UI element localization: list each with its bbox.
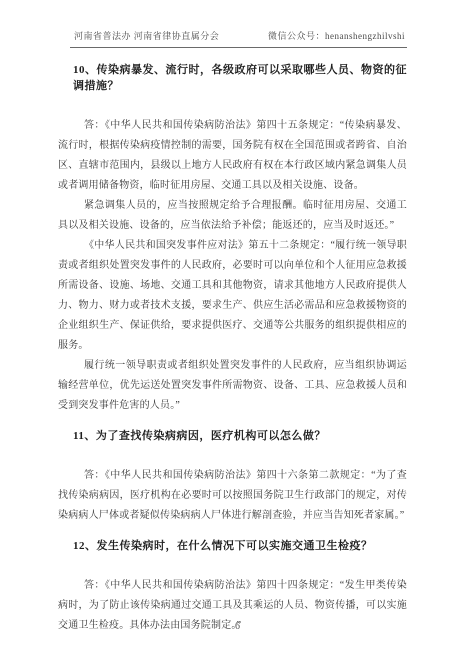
answer-paragraph: 答：《中华人民共和国传染病防治法》第四十六条第二款规定：“为了查找传染病病因，医…: [58, 466, 407, 526]
page-header: 河南省普法办 河南省律协直属分会 微信公众号：henanshengzhilvsh…: [70, 30, 407, 48]
document-page: 河南省普法办 河南省律协直属分会 微信公众号：henanshengzhilvsh…: [0, 0, 475, 670]
answer-block-11: 答：《中华人民共和国传染病防治法》第四十六条第二款规定：“为了查找传染病病因，医…: [58, 466, 407, 526]
answer-paragraph: 履行统一领导职责或者组织处置突发事件的人民政府，应当组织协调运输经营单位，优先运…: [58, 356, 407, 416]
question-heading-11: 11、为了查找传染病病因，医疗机构可以怎么做？: [58, 428, 407, 444]
page-content: 10、传染病暴发、流行时，各级政府可以采取哪些人员、物资的征调措施？ 答：《中华…: [58, 62, 407, 636]
question-heading-12: 12、发生传染病时，在什么情况下可以实施交通卫生检疫？: [58, 538, 407, 554]
question-heading-10: 10、传染病暴发、流行时，各级政府可以采取哪些人员、物资的征调措施？: [58, 62, 407, 94]
answer-paragraph: 《中华人民共和国突发事件应对法》第五十二条规定：“履行统一领导职责或者组织处置突…: [58, 236, 407, 356]
page-number: 6: [0, 621, 475, 632]
header-right-text: 微信公众号：henanshengzhilvshi: [268, 30, 405, 42]
header-left-text: 河南省普法办 河南省律协直属分会: [74, 30, 219, 42]
answer-paragraph: 答：《中华人民共和国传染病防治法》第四十五条规定：“传染病暴发、流行时，根据传染…: [58, 116, 407, 196]
answer-block-10: 答：《中华人民共和国传染病防治法》第四十五条规定：“传染病暴发、流行时，根据传染…: [58, 116, 407, 416]
answer-paragraph: 紧急调集人员的，应当按照规定给予合理报酬。临时征用房屋、交通工具以及相关设施、设…: [58, 196, 407, 236]
